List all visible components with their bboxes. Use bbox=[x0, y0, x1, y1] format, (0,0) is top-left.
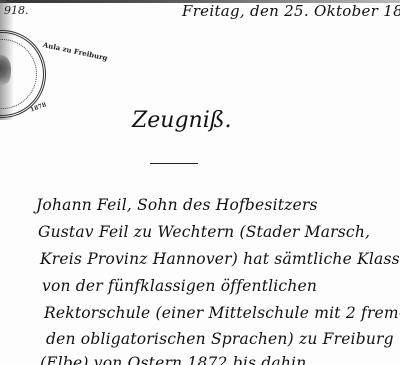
body-line: von der fünfklassigen öffentlichen bbox=[42, 277, 317, 295]
file-number: 918. bbox=[4, 4, 29, 17]
body-line: Kreis Provinz Hannover) hat sämtliche Kl… bbox=[40, 250, 400, 268]
seal-text-top: Aula zu Freiburg bbox=[42, 40, 108, 62]
date-line: Freitag, den 25. Oktober 1883. bbox=[182, 2, 400, 20]
body-line: (Elbe) von Ostern 1872 bis dahin bbox=[40, 354, 306, 365]
body-line: Rektorschule (einer Mittelschule mit 2 f… bbox=[44, 304, 400, 322]
title-underline-divider bbox=[150, 163, 198, 164]
body-line: den obligatorischen Sprachen) zu Freibur… bbox=[46, 330, 394, 348]
scanned-document-page: 918. Aula zu Freiburg 1878 Freitag, den … bbox=[0, 0, 400, 365]
body-line: Johann Feil, Sohn des Hofbesitzers bbox=[36, 196, 318, 214]
body-line: Gustav Feil zu Wechtern (Stader Marsch, bbox=[38, 223, 370, 241]
document-title: Zeugniß. bbox=[132, 108, 231, 133]
